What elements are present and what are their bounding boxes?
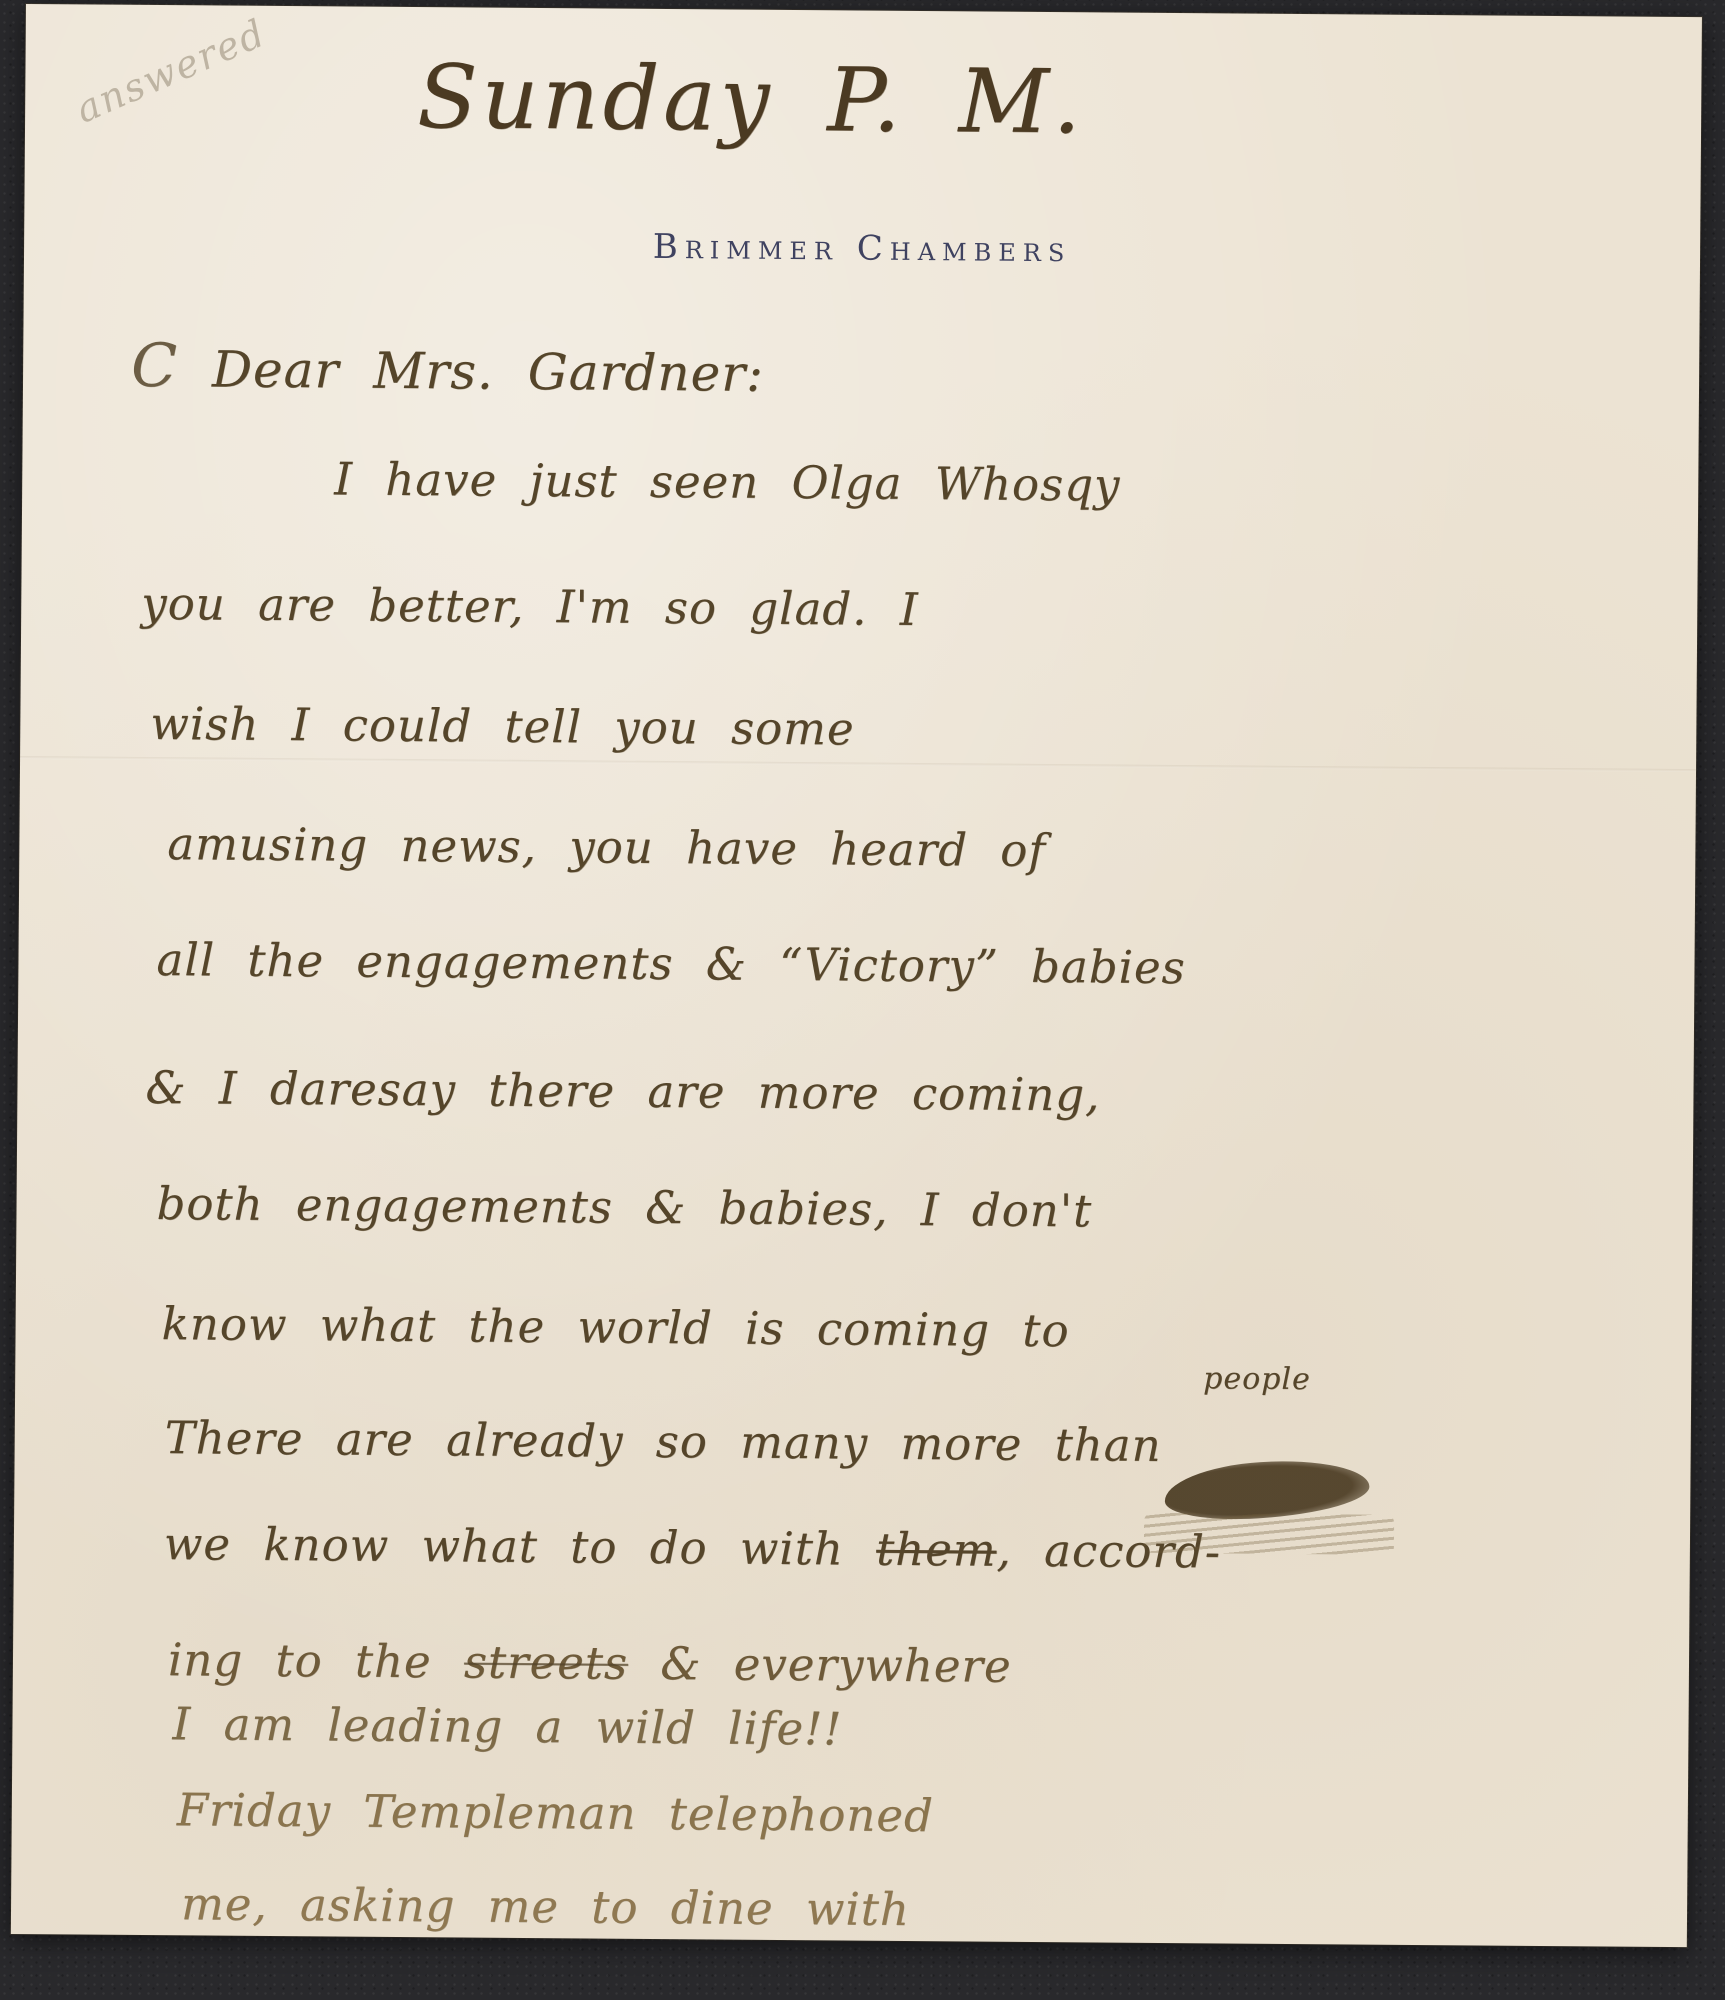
margin-flourish-mark: C <box>131 331 178 401</box>
struck-word: streets <box>464 1635 629 1689</box>
body-line: There are already so many more than <box>165 1411 1162 1472</box>
body-line-with-strikeout: ing to the streets & everywhere <box>168 1633 1012 1693</box>
body-line: all the engagements & “Victory” babies <box>156 933 1186 994</box>
salutation-line: C Dear Mrs. Gardner: <box>131 331 764 406</box>
scanned-letter-page: { "document": { "type": "handwritten let… <box>0 0 1725 2000</box>
inserted-word-above-line: people <box>1203 1361 1311 1397</box>
body-line: know what the world is coming to <box>161 1297 1069 1357</box>
body-line: wish I could tell you some <box>150 697 855 756</box>
body-line-with-strikeout: we know what to do with them, accord- <box>164 1517 1222 1578</box>
body-line: me, asking me to dine with <box>181 1877 910 1936</box>
body-line: both engagements & babies, I don't <box>156 1177 1092 1237</box>
struck-word: them <box>876 1523 997 1577</box>
line-text: & everywhere <box>628 1637 1012 1693</box>
body-line: you are better, I'm so glad. I <box>141 577 919 636</box>
date-heading: Sunday P. M. <box>417 45 1178 154</box>
letterhead-text: Brimmer Chambers <box>24 222 1700 275</box>
body-line: Friday Templeman telephoned <box>177 1783 934 1842</box>
body-line: I am leading a wild life!! <box>172 1697 842 1755</box>
body-line: amusing news, you have heard of <box>167 817 1046 877</box>
pencil-annotation: answered <box>69 10 272 131</box>
paper-crease <box>20 756 1696 772</box>
body-line: & I daresay there are more coming, <box>145 1061 1100 1121</box>
scribble-strikeout <box>1144 1513 1394 1555</box>
salutation-text: Dear Mrs. Gardner: <box>212 340 764 402</box>
letter-paper: answered Sunday P. M. Brimmer Chambers C… <box>11 4 1702 1947</box>
line-text: we know what to do with <box>164 1517 877 1576</box>
body-line: I have just seen Olga Whosqy <box>334 452 1121 511</box>
line-text: ing to the <box>168 1633 464 1688</box>
